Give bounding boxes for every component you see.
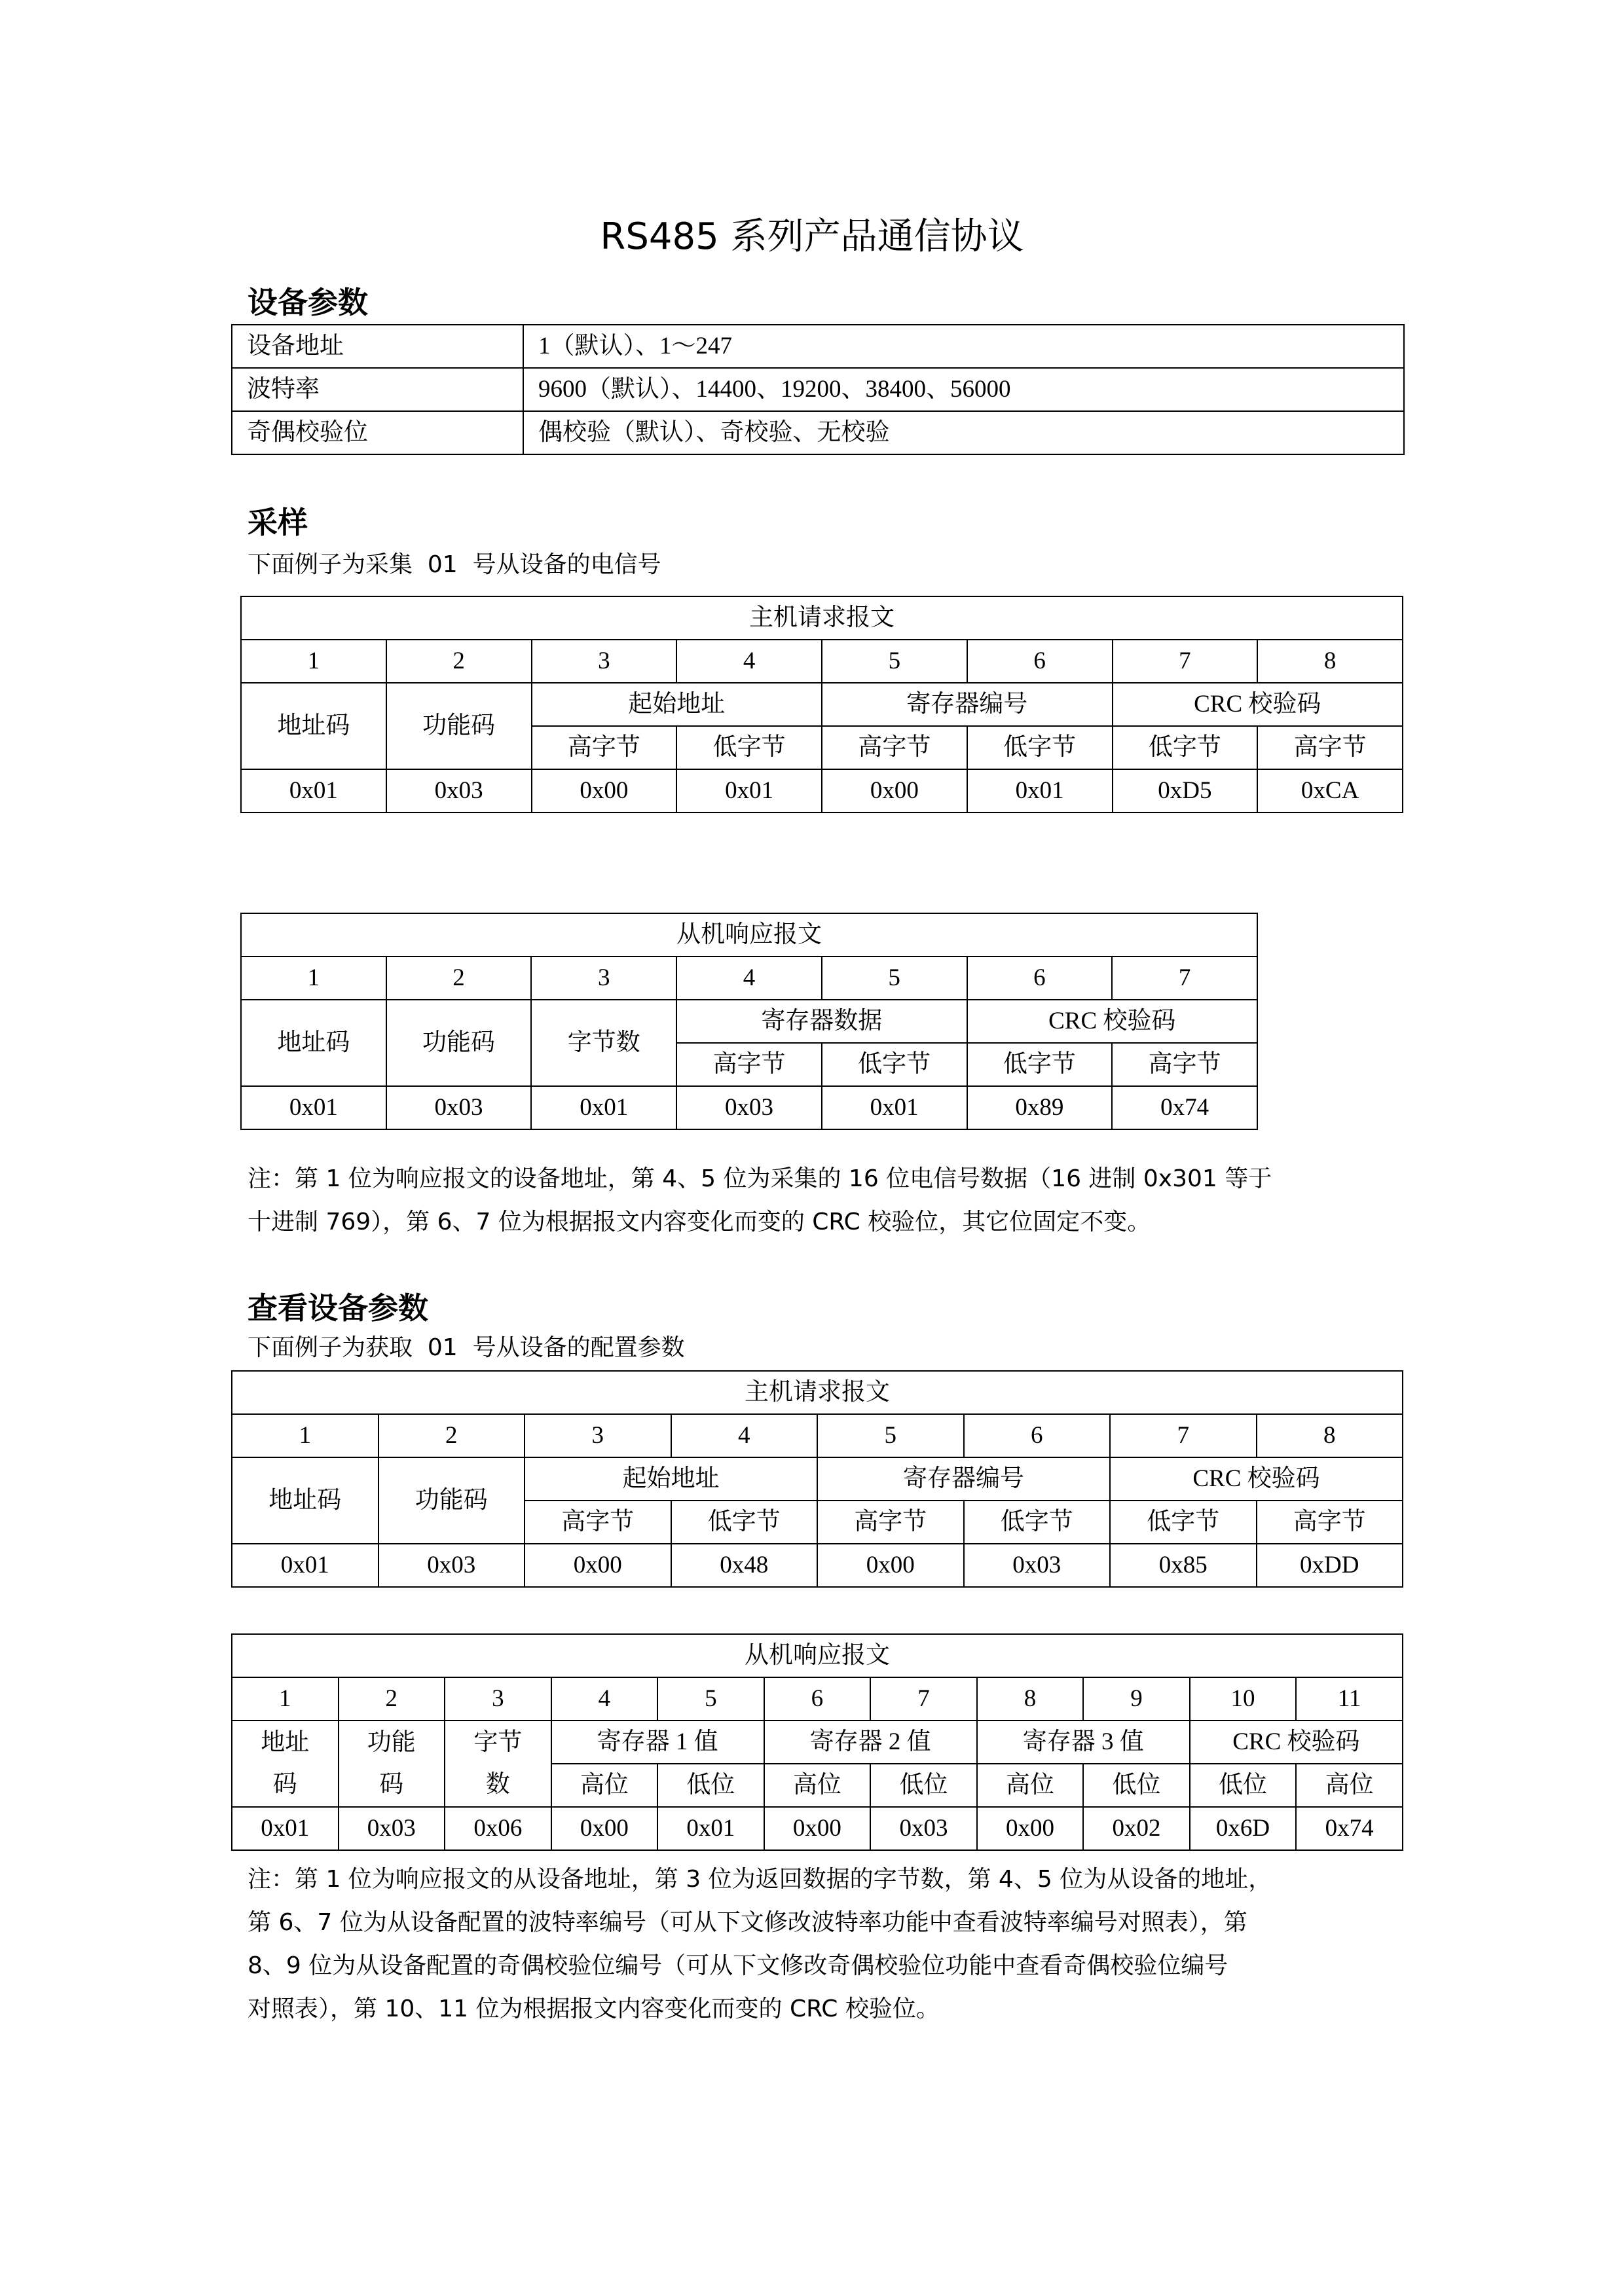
param-label: 设备地址 (232, 325, 523, 368)
device-params-table: 设备地址 1（默认）、1～247 波特率 9600（默认）、14400、1920… (231, 324, 1405, 455)
subfield-cell: 高字节 (1257, 726, 1403, 769)
index-cell: 8 (1257, 640, 1403, 683)
subfield-cell: 低位 (657, 1764, 764, 1807)
index-cell: 5 (822, 640, 967, 683)
index-cell: 11 (1296, 1677, 1403, 1721)
index-cell: 1 (232, 1677, 339, 1721)
index-cell: 1 (241, 957, 386, 1000)
field-row: 地址码 功能码 起始地址 寄存器编号 CRC 校验码 (232, 1457, 1403, 1501)
value-cell: 0x00 (764, 1807, 871, 1850)
index-cell: 2 (339, 1677, 445, 1721)
view-params-note: 注：第 1 位为响应报文的从设备地址，第 3 位为返回数据的字节数，第 4、5 … (248, 1858, 1400, 2031)
field-row: 地址码 功能码 字节数 寄存器 1 值 寄存器 2 值 寄存器 3 值 CRC … (232, 1721, 1403, 1764)
subfield-cell: 低位 (1083, 1764, 1190, 1807)
field-address-code: 地址码 (232, 1457, 378, 1544)
subfield-cell: 低字节 (967, 1043, 1113, 1086)
index-cell: 3 (532, 640, 677, 683)
index-cell: 1 (241, 640, 386, 683)
note-line: 十进制 769），第 6、7 位为根据报文内容变化而变的 CRC 校验位，其它位… (248, 1201, 1400, 1244)
field-register-number: 寄存器编号 (822, 683, 1113, 726)
index-cell: 3 (531, 957, 676, 1000)
index-cell: 6 (764, 1677, 871, 1721)
param-value: 偶校验（默认）、奇校验、无校验 (523, 411, 1404, 454)
field-function-code: 功能码 (386, 683, 532, 769)
index-cell: 4 (676, 640, 822, 683)
subfield-cell: 高字节 (676, 1043, 822, 1086)
field-crc: CRC 校验码 (1190, 1721, 1403, 1764)
note-line: 注：第 1 位为响应报文的从设备地址，第 3 位为返回数据的字节数，第 4、5 … (248, 1858, 1400, 1901)
index-row: 1 2 3 4 5 6 7 8 (232, 1414, 1403, 1457)
field-crc: CRC 校验码 (967, 1000, 1257, 1043)
subfield-cell: 低位 (1190, 1764, 1297, 1807)
value-cell: 0x03 (676, 1086, 822, 1129)
field-address-code: 地址码 (241, 1000, 386, 1086)
value-cell: 0x01 (232, 1807, 339, 1850)
subfield-cell: 低字节 (967, 726, 1113, 769)
field-register-1: 寄存器 1 值 (551, 1721, 764, 1764)
value-cell: 0x01 (232, 1544, 378, 1587)
index-cell: 4 (671, 1414, 818, 1457)
value-cell: 0x01 (657, 1807, 764, 1850)
section-subtitle-sampling: 下面例子为采集 01 号从设备的电信号 (248, 549, 661, 581)
subfield-cell: 高字节 (822, 726, 967, 769)
value-cell: 0xDD (1257, 1544, 1403, 1587)
field-register-3: 寄存器 3 值 (977, 1721, 1190, 1764)
value-cell: 0x74 (1296, 1807, 1403, 1850)
value-cell: 0x00 (532, 769, 677, 812)
value-cell: 0x85 (1110, 1544, 1257, 1587)
value-cell: 0x00 (822, 769, 967, 812)
field-register-data: 寄存器数据 (676, 1000, 967, 1043)
index-cell: 10 (1190, 1677, 1297, 1721)
param-label: 波特率 (232, 368, 523, 411)
value-cell: 0x03 (386, 1086, 532, 1129)
subfield-cell: 低字节 (671, 1501, 818, 1544)
value-cell: 0x03 (378, 1544, 525, 1587)
value-cell: 0x00 (817, 1544, 964, 1587)
index-cell: 6 (967, 640, 1113, 683)
value-cell: 0x01 (241, 1086, 386, 1129)
subfield-cell: 高位 (977, 1764, 1084, 1807)
value-cell: 0x00 (977, 1807, 1084, 1850)
param-value: 1（默认）、1～247 (523, 325, 1404, 368)
table-row: 波特率 9600（默认）、14400、19200、38400、56000 (232, 368, 1404, 411)
value-cell: 0xD5 (1113, 769, 1258, 812)
index-cell: 5 (817, 1414, 964, 1457)
subfield-cell: 低位 (870, 1764, 977, 1807)
index-cell: 2 (386, 957, 532, 1000)
table-row: 奇偶校验位 偶校验（默认）、奇校验、无校验 (232, 411, 1404, 454)
value-cell: 0x03 (964, 1544, 1111, 1587)
sampling-response-table: 从机响应报文 1 2 3 4 5 6 7 地址码 功能码 字节数 寄存器数据 C… (240, 913, 1258, 1130)
field-function-code: 功能码 (378, 1457, 525, 1544)
field-address-code: 地址码 (232, 1721, 339, 1807)
index-cell: 3 (445, 1677, 551, 1721)
value-row: 0x01 0x03 0x00 0x48 0x00 0x03 0x85 0xDD (232, 1544, 1403, 1587)
value-cell: 0x00 (551, 1807, 658, 1850)
index-cell: 8 (977, 1677, 1084, 1721)
field-start-address: 起始地址 (532, 683, 822, 726)
index-cell: 7 (1110, 1414, 1257, 1457)
index-cell: 7 (1112, 957, 1257, 1000)
value-cell: 0x01 (531, 1086, 676, 1129)
index-cell: 4 (676, 957, 822, 1000)
index-cell: 5 (657, 1677, 764, 1721)
index-cell: 6 (967, 957, 1113, 1000)
index-cell: 8 (1257, 1414, 1403, 1457)
index-row: 1 2 3 4 5 6 7 8 9 10 11 (232, 1677, 1403, 1721)
field-byte-count: 字节数 (531, 1000, 676, 1086)
subfield-cell: 高字节 (525, 1501, 671, 1544)
subfield-cell: 低字节 (822, 1043, 967, 1086)
table-caption: 主机请求报文 (232, 1371, 1403, 1414)
value-row: 0x01 0x03 0x06 0x00 0x01 0x00 0x03 0x00 … (232, 1807, 1403, 1850)
note-line: 第 6、7 位为从设备配置的波特率编号（可从下文修改波特率功能中查看波特率编号对… (248, 1901, 1400, 1944)
value-cell: 0x01 (967, 769, 1113, 812)
param-label: 奇偶校验位 (232, 411, 523, 454)
value-cell: 0x6D (1190, 1807, 1297, 1850)
value-cell: 0x01 (676, 769, 822, 812)
subfield-cell: 低字节 (676, 726, 822, 769)
index-row: 1 2 3 4 5 6 7 (241, 957, 1257, 1000)
section-heading-view-params: 查看设备参数 (248, 1288, 428, 1328)
section-heading-sampling: 采样 (248, 503, 308, 542)
sampling-note: 注：第 1 位为响应报文的设备地址，第 4、5 位为采集的 16 位电信号数据（… (248, 1157, 1400, 1244)
index-cell: 7 (1113, 640, 1258, 683)
subfield-cell: 高位 (764, 1764, 871, 1807)
subfield-cell: 高字节 (817, 1501, 964, 1544)
document-title: RS485 系列产品通信协议 (0, 211, 1624, 263)
table-caption: 主机请求报文 (241, 596, 1403, 640)
value-cell: 0x89 (967, 1086, 1113, 1129)
field-function-code: 功能码 (386, 1000, 532, 1086)
value-cell: 0x48 (671, 1544, 818, 1587)
value-cell: 0x03 (386, 769, 532, 812)
field-register-2: 寄存器 2 值 (764, 1721, 977, 1764)
subfield-cell: 高字节 (532, 726, 677, 769)
value-row: 0x01 0x03 0x00 0x01 0x00 0x01 0xD5 0xCA (241, 769, 1403, 812)
param-value: 9600（默认）、14400、19200、38400、56000 (523, 368, 1404, 411)
view-params-request-table: 主机请求报文 1 2 3 4 5 6 7 8 地址码 功能码 起始地址 寄存器编… (231, 1370, 1403, 1588)
table-caption: 从机响应报文 (232, 1634, 1403, 1677)
section-heading-device-params: 设备参数 (248, 283, 368, 322)
value-row: 0x01 0x03 0x01 0x03 0x01 0x89 0x74 (241, 1086, 1257, 1129)
note-line: 对照表），第 10、11 位为根据报文内容变化而变的 CRC 校验位。 (248, 1988, 1400, 2031)
note-line: 8、9 位为从设备配置的奇偶校验位编号（可从下文修改奇偶校验位功能中查看奇偶校验… (248, 1944, 1400, 1988)
index-row: 1 2 3 4 5 6 7 8 (241, 640, 1403, 683)
field-byte-count: 字节数 (445, 1721, 551, 1807)
table-row: 设备地址 1（默认）、1～247 (232, 325, 1404, 368)
index-cell: 2 (386, 640, 532, 683)
index-cell: 7 (870, 1677, 977, 1721)
value-cell: 0x03 (870, 1807, 977, 1850)
sampling-request-table: 主机请求报文 1 2 3 4 5 6 7 8 地址码 功能码 起始地址 寄存器编… (240, 596, 1403, 813)
field-row: 地址码 功能码 字节数 寄存器数据 CRC 校验码 (241, 1000, 1257, 1043)
index-cell: 4 (551, 1677, 658, 1721)
value-cell: 0x06 (445, 1807, 551, 1850)
index-cell: 6 (964, 1414, 1111, 1457)
subfield-cell: 低字节 (964, 1501, 1111, 1544)
index-cell: 9 (1083, 1677, 1190, 1721)
field-crc: CRC 校验码 (1110, 1457, 1403, 1501)
field-crc: CRC 校验码 (1113, 683, 1403, 726)
index-cell: 3 (525, 1414, 671, 1457)
subfield-cell: 低字节 (1110, 1501, 1257, 1544)
subfield-cell: 高字节 (1257, 1501, 1403, 1544)
field-row: 地址码 功能码 起始地址 寄存器编号 CRC 校验码 (241, 683, 1403, 726)
value-cell: 0x00 (525, 1544, 671, 1587)
index-cell: 2 (378, 1414, 525, 1457)
subfield-cell: 低字节 (1113, 726, 1258, 769)
index-cell: 1 (232, 1414, 378, 1457)
value-cell: 0x03 (339, 1807, 445, 1850)
value-cell: 0xCA (1257, 769, 1403, 812)
index-cell: 5 (822, 957, 967, 1000)
table-caption: 从机响应报文 (241, 913, 1257, 957)
value-cell: 0x01 (822, 1086, 967, 1129)
note-line: 注：第 1 位为响应报文的设备地址，第 4、5 位为采集的 16 位电信号数据（… (248, 1157, 1400, 1201)
subfield-cell: 高字节 (1112, 1043, 1257, 1086)
value-cell: 0x02 (1083, 1807, 1190, 1850)
subfield-cell: 高位 (1296, 1764, 1403, 1807)
field-register-number: 寄存器编号 (817, 1457, 1110, 1501)
field-address-code: 地址码 (241, 683, 386, 769)
value-cell: 0x01 (241, 769, 386, 812)
field-function-code: 功能码 (339, 1721, 445, 1807)
value-cell: 0x74 (1112, 1086, 1257, 1129)
view-params-response-table: 从机响应报文 1 2 3 4 5 6 7 8 9 10 11 地址码 功能码 字… (231, 1633, 1403, 1851)
subfield-cell: 高位 (551, 1764, 658, 1807)
field-start-address: 起始地址 (525, 1457, 817, 1501)
section-subtitle-view-params: 下面例子为获取 01 号从设备的配置参数 (248, 1332, 685, 1364)
